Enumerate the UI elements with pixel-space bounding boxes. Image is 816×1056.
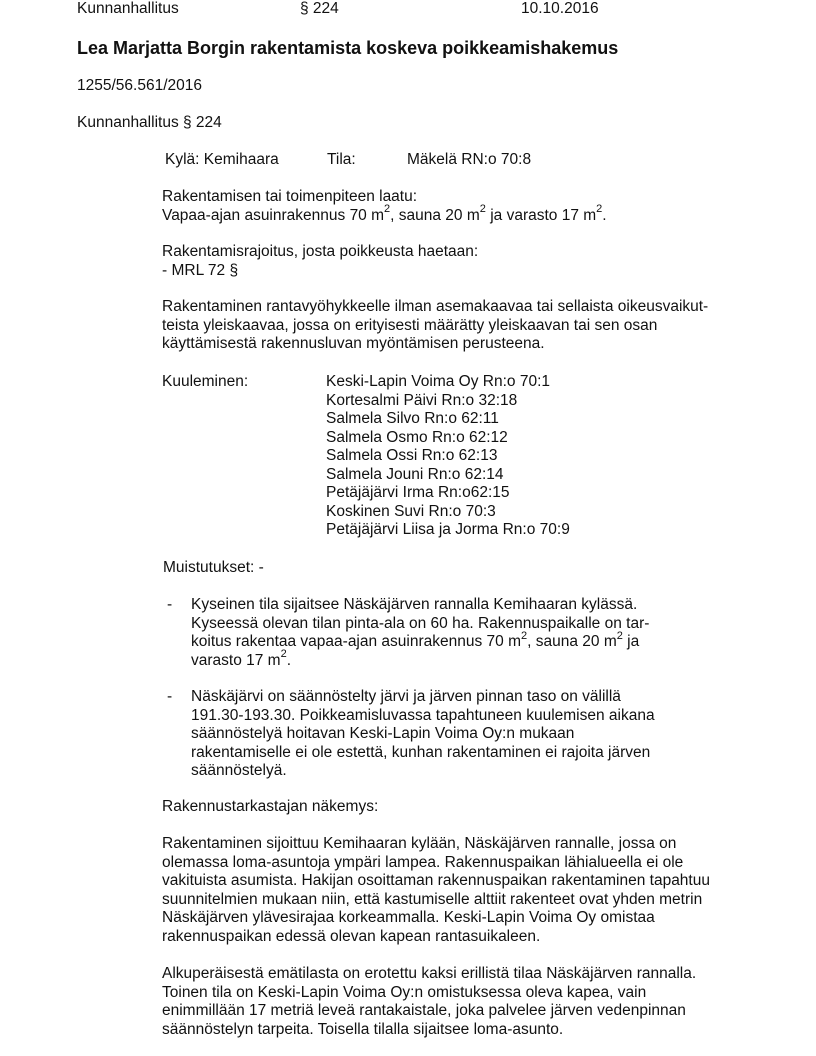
diary-number: 1255/56.561/2016 (77, 77, 202, 96)
paragraph-line: vakituista asumista. Hakijan osoittaman … (162, 872, 710, 891)
paragraph-line: Alkuperäisestä emätilasta on erotettu ka… (162, 965, 696, 984)
village-label: Kylä: Kemihaara (165, 151, 279, 170)
hearing-party: Salmela Silvo Rn:o 62:11 (326, 410, 570, 429)
remark-line: säännöstelyä. (191, 762, 655, 781)
remark-line: koitus rakentaa vapaa-ajan asuinrakennus… (191, 633, 649, 652)
paragraph-line: enimmillään 17 metriä leveä rantakaistal… (162, 1002, 696, 1021)
header-organ: Kunnanhallitus (77, 0, 179, 19)
inspector-paragraph: Rakentaminen sijoittuu Kemihaaran kylään… (162, 835, 710, 946)
hearing-party: Petäjäjärvi Liisa ja Jorma Rn:o 70:9 (326, 521, 570, 540)
paragraph-line: olemassa loma-asuntoja ympäri lampea. Ra… (162, 854, 710, 873)
hearing-party: Petäjäjärvi Irma Rn:o62:15 (326, 484, 570, 503)
inspector-paragraph: Alkuperäisestä emätilasta on erotettu ka… (162, 965, 696, 1039)
superscript: 2 (281, 648, 287, 660)
header-paragraph: § 224 (300, 0, 339, 19)
construction-section: Rakentamisen tai toimenpiteen laatu: Vap… (162, 188, 607, 225)
remark-line: säännöstelyä hoitavan Keski-Lapin Voima … (191, 725, 655, 744)
construction-text-a: Vapaa-ajan asuinrakennus 70 m (162, 207, 384, 224)
organ-paragraph: Kunnanhallitus § 224 (77, 114, 222, 133)
basis-line: teista yleiskaavaa, jossa on erityisesti… (162, 317, 708, 336)
document-title: Lea Marjatta Borgin rakentamista koskeva… (77, 38, 618, 58)
superscript: 2 (596, 203, 602, 215)
remark-line: varasto 17 m2. (191, 652, 649, 671)
hearing-label: Kuuleminen: (162, 373, 248, 392)
restriction-section: Rakentamisrajoitus, josta poikkeusta hae… (162, 243, 478, 280)
restriction-heading: Rakentamisrajoitus, josta poikkeusta hae… (162, 243, 478, 262)
hearing-party: Koskinen Suvi Rn:o 70:3 (326, 503, 570, 522)
remark-text: Näskäjärvi on säännöstelty järvi ja järv… (191, 688, 655, 781)
remark-text-part: ja (623, 633, 639, 650)
restriction-value: - MRL 72 § (162, 262, 478, 281)
construction-text-d: . (602, 207, 606, 224)
paragraph-line: Rakentaminen sijoittuu Kemihaaran kylään… (162, 835, 710, 854)
estate-value: Mäkelä RN:o 70:8 (407, 151, 531, 170)
construction-value: Vapaa-ajan asuinrakennus 70 m2, sauna 20… (162, 207, 607, 226)
superscript: 2 (521, 630, 527, 642)
bullet-dash: - (167, 688, 172, 707)
basis-section: Rakentaminen rantavyöhykkeelle ilman ase… (162, 298, 708, 354)
hearing-party: Salmela Ossi Rn:o 62:13 (326, 447, 570, 466)
paragraph-line: Näskäjärven ylävesirajaa korkeammalla. K… (162, 909, 710, 928)
estate-label: Tila: (327, 151, 356, 170)
superscript: 2 (480, 203, 486, 215)
remark-line: Näskäjärvi on säännöstelty järvi ja järv… (191, 688, 655, 707)
hearing-parties-list: Keski-Lapin Voima Oy Rn:o 70:1 Kortesalm… (326, 373, 570, 540)
basis-line: käyttämisestä rakennusluvan myöntämisen … (162, 335, 708, 354)
remark-line: rakentamiselle ei ole estettä, kunhan ra… (191, 744, 655, 763)
remark-text-part: koitus rakentaa vapaa-ajan asuinrakennus… (191, 633, 521, 650)
remark-text-part: varasto 17 m (191, 652, 281, 669)
hearing-party: Kortesalmi Päivi Rn:o 32:18 (326, 392, 570, 411)
construction-text-b: , sauna 20 m (390, 207, 480, 224)
superscript: 2 (384, 203, 390, 215)
bullet-dash: - (167, 596, 172, 615)
remarks-label: Muistutukset: - (163, 559, 264, 578)
remark-line: Kyseinen tila sijaitsee Näskäjärven rann… (191, 596, 649, 615)
remark-text-part: . (287, 652, 291, 669)
inspector-view-heading: Rakennustarkastajan näkemys: (162, 798, 378, 817)
remark-line: 191.30-193.30. Poikkeamisluvassa tapahtu… (191, 707, 655, 726)
hearing-party: Salmela Jouni Rn:o 62:14 (326, 466, 570, 485)
hearing-party: Salmela Osmo Rn:o 62:12 (326, 429, 570, 448)
paragraph-line: suunnitelmien mukaan niin, että kastumis… (162, 891, 710, 910)
paragraph-line: Toinen tila on Keski-Lapin Voima Oy:n om… (162, 984, 696, 1003)
remark-text: Kyseinen tila sijaitsee Näskäjärven rann… (191, 596, 649, 670)
paragraph-line: säännöstelyn tarpeita. Toisella tilalla … (162, 1021, 696, 1040)
hearing-party: Keski-Lapin Voima Oy Rn:o 70:1 (326, 373, 570, 392)
remark-text-part: , sauna 20 m (527, 633, 617, 650)
header-date: 10.10.2016 (521, 0, 599, 19)
paragraph-line: rakennuspaikan edessä olevan kapean rant… (162, 928, 710, 947)
remark-line: Kyseessä olevan tilan pinta-ala on 60 ha… (191, 615, 649, 634)
basis-line: Rakentaminen rantavyöhykkeelle ilman ase… (162, 298, 708, 317)
superscript: 2 (617, 630, 623, 642)
construction-text-c: ja varasto 17 m (486, 207, 596, 224)
